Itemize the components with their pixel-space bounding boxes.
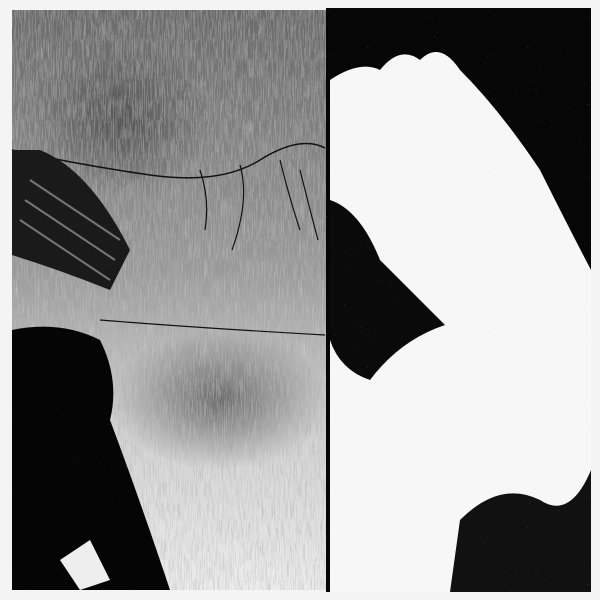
collage-svg — [0, 0, 600, 600]
collage-artwork — [0, 0, 600, 600]
